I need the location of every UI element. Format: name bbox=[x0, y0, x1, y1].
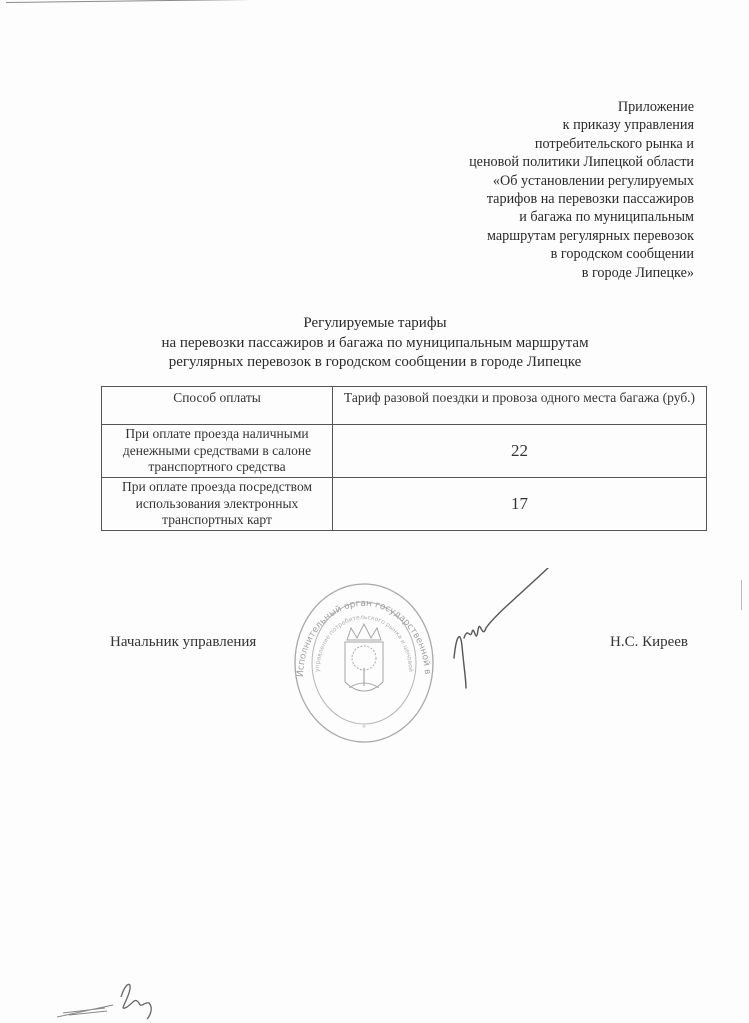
appendix-line: потребительского рынка и bbox=[469, 135, 694, 153]
tariff-table: Способ оплаты Тариф разовой поездки и пр… bbox=[101, 386, 707, 531]
appendix-line: в городе Липецке» bbox=[469, 264, 694, 282]
header-payment-method: Способ оплаты bbox=[102, 387, 333, 425]
table-header-row: Способ оплаты Тариф разовой поездки и пр… bbox=[102, 387, 707, 425]
scan-edge-line bbox=[6, 0, 326, 3]
signatory-name: Н.С. Киреев bbox=[610, 634, 688, 651]
document-title: Регулируемые тарифы на перевозки пассажи… bbox=[100, 314, 650, 373]
svg-text:*: * bbox=[362, 724, 366, 732]
official-stamp-icon: Исполнительный орган государственной вла… bbox=[293, 582, 435, 744]
handwritten-initials-icon bbox=[55, 975, 175, 1023]
scan-edge-mark bbox=[741, 580, 742, 610]
appendix-line: маршрутам регулярных перевозок bbox=[469, 227, 694, 245]
payment-method-cell: При оплате проезда посредством использов… bbox=[102, 478, 333, 531]
tariff-value-cell: 22 bbox=[333, 425, 707, 478]
appendix-line: тарифов на перевозки пассажиров bbox=[469, 190, 694, 208]
appendix-line: ценовой политики Липецкой области bbox=[469, 153, 694, 171]
signatory-position: Начальник управления bbox=[110, 634, 256, 651]
title-line: Регулируемые тарифы bbox=[100, 314, 650, 334]
appendix-line: «Об установлении регулируемых bbox=[469, 172, 694, 190]
payment-method-cell: При оплате проезда наличными денежными с… bbox=[102, 425, 333, 478]
title-line: на перевозки пассажиров и багажа по муни… bbox=[100, 334, 650, 354]
tariff-value-cell: 17 bbox=[333, 478, 707, 531]
handwritten-signature-icon bbox=[446, 568, 556, 698]
appendix-line: в городском сообщении bbox=[469, 245, 694, 263]
table-row: При оплате проезда наличными денежными с… bbox=[102, 425, 707, 478]
header-tariff: Тариф разовой поездки и провоза одного м… bbox=[333, 387, 707, 425]
appendix-line: Приложение bbox=[469, 98, 694, 116]
appendix-header: Приложение к приказу управления потребит… bbox=[469, 98, 694, 282]
title-line: регулярных перевозок в городском сообщен… bbox=[100, 353, 650, 373]
appendix-line: к приказу управления bbox=[469, 116, 694, 134]
svg-text:управление потребительского ры: управление потребительского рынка и цено… bbox=[293, 582, 414, 672]
appendix-line: и багажа по муниципальным bbox=[469, 208, 694, 226]
table-row: При оплате проезда посредством использов… bbox=[102, 478, 707, 531]
